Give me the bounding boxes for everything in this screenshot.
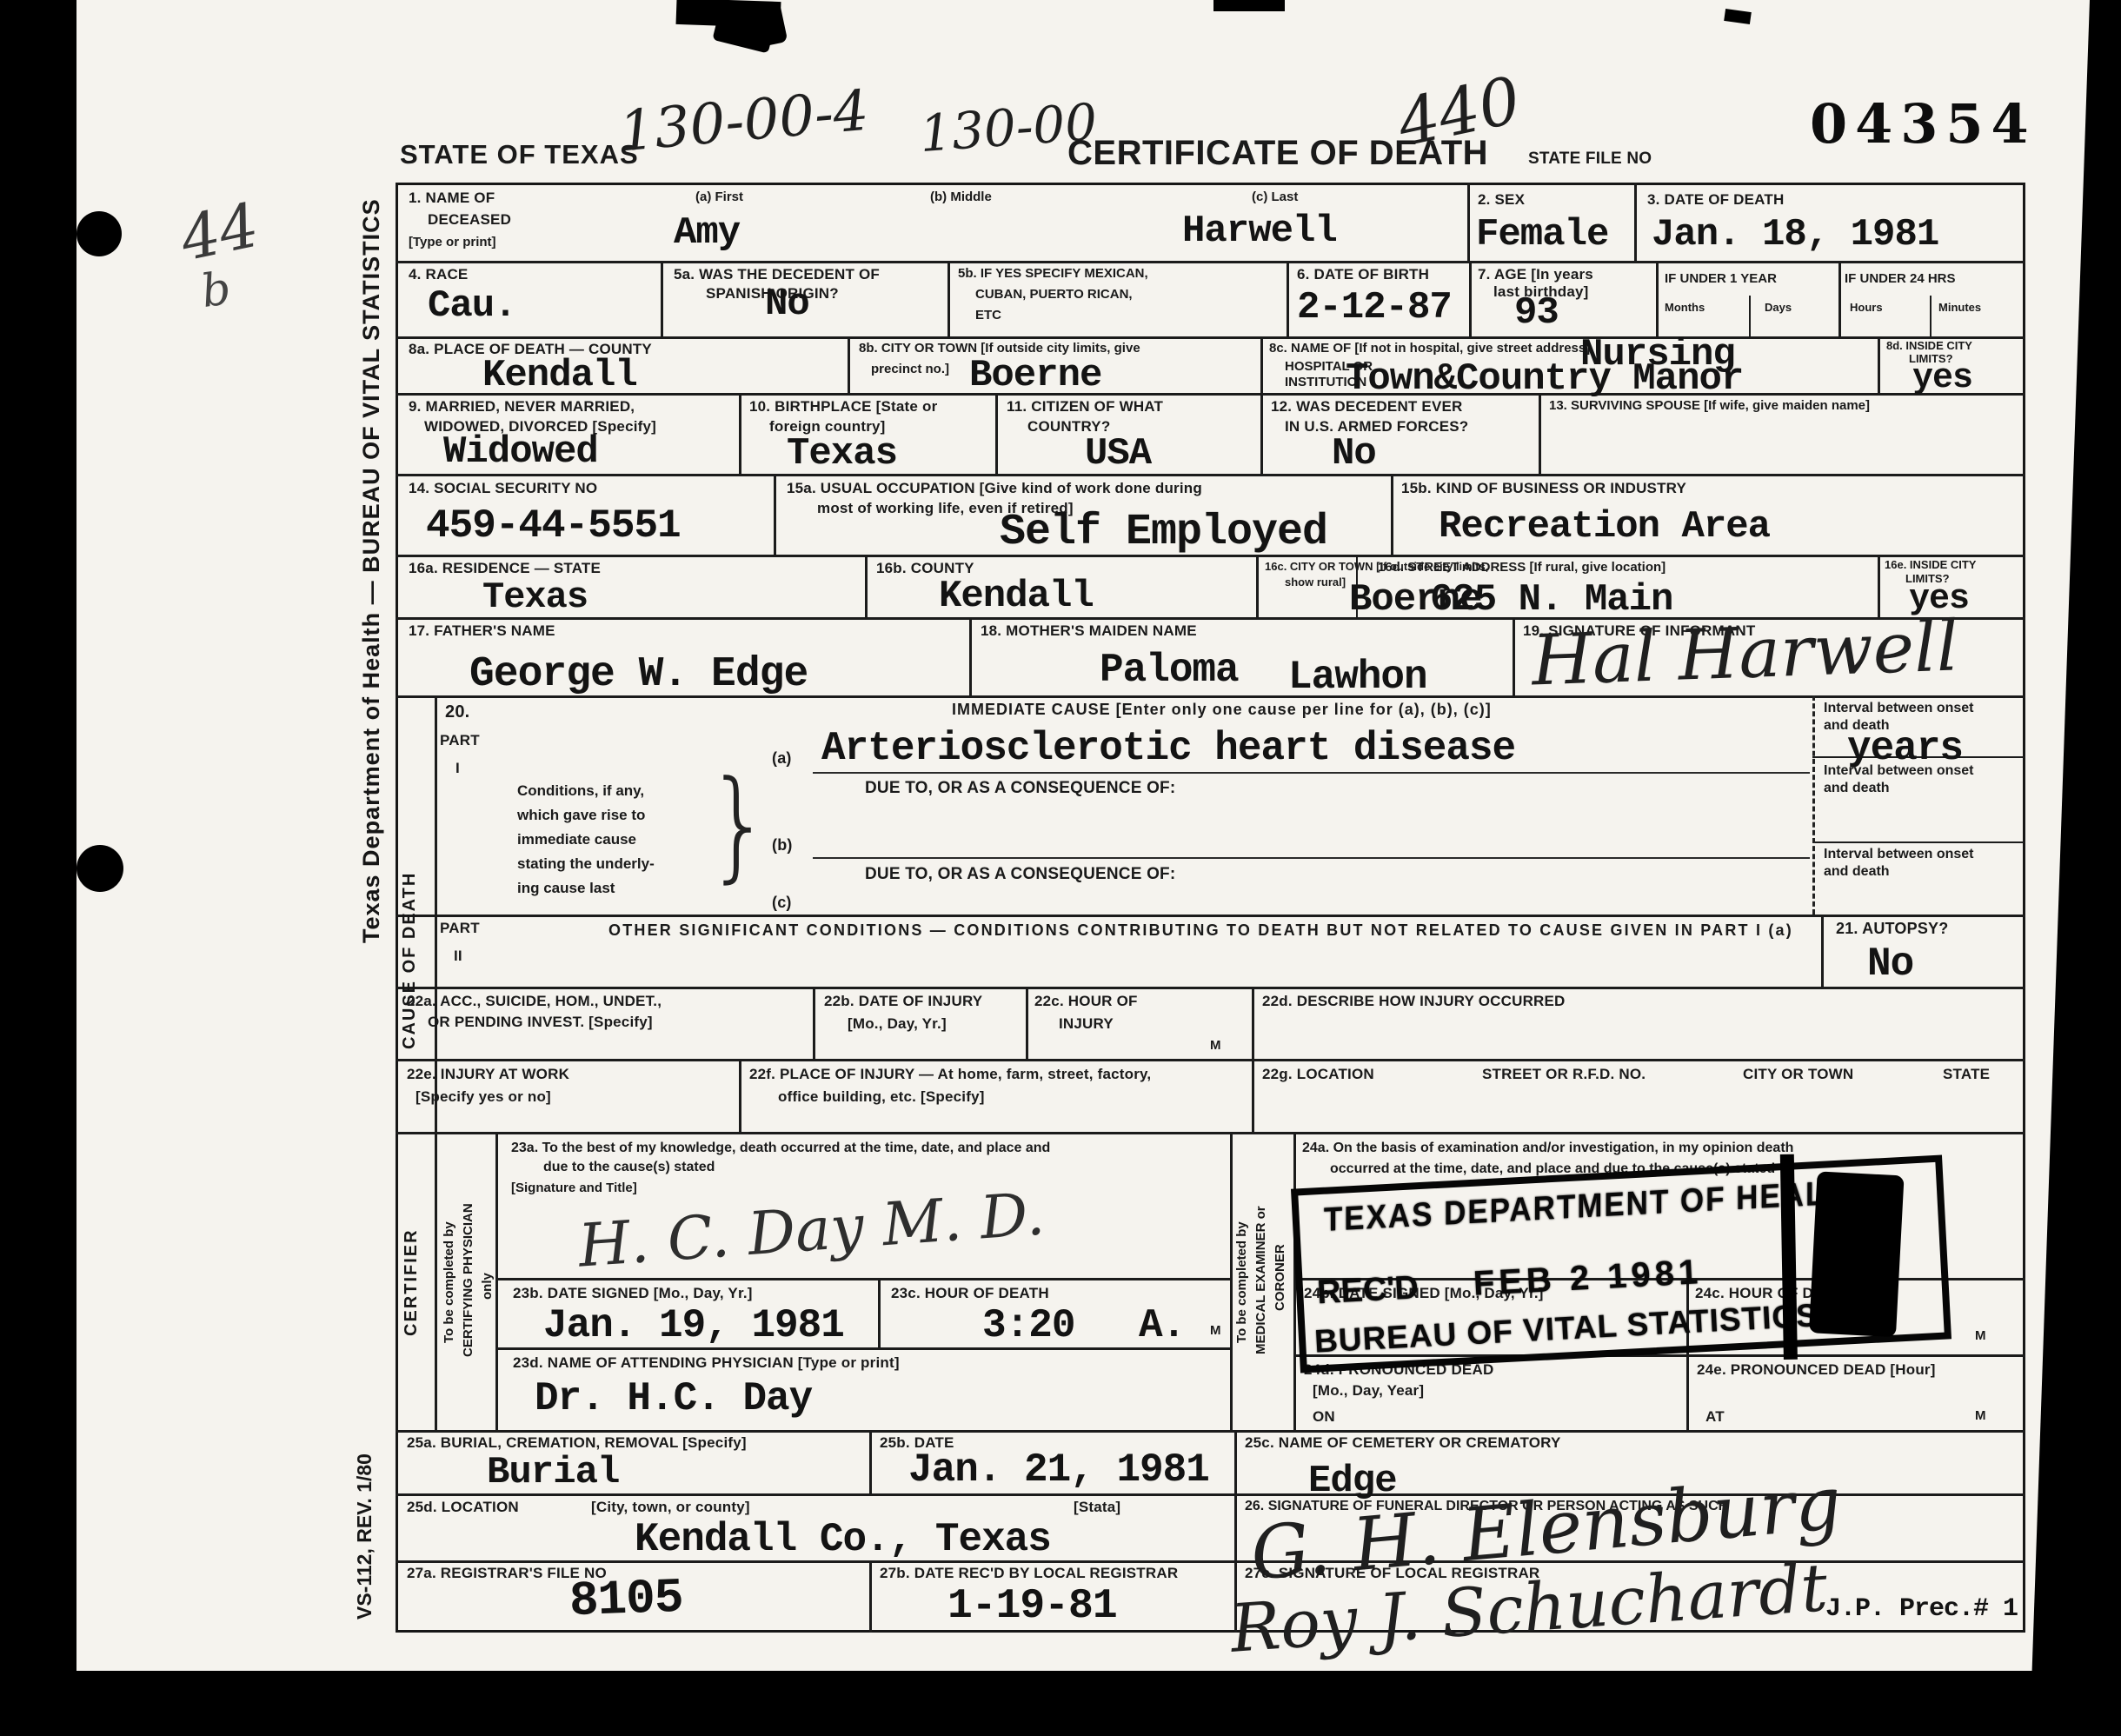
divider (947, 261, 950, 336)
conditions-note-line1: Conditions, if any, (517, 782, 644, 800)
age-value: 93 (1514, 294, 1559, 332)
divider (1513, 617, 1515, 695)
divider (1539, 393, 1541, 474)
field-22c-label2: INJURY (1059, 1015, 1114, 1033)
conditions-note-line4: stating the underly- (517, 855, 655, 873)
race-value: Cau. (428, 287, 516, 325)
divider (1287, 261, 1289, 336)
burial-location-value: Kendall Co., Texas (635, 1520, 1051, 1560)
field-22a-label: 22a. ACC., SUICIDE, HOM., UNDET., (407, 993, 662, 1010)
interval-label-2a: Interval between onset (1824, 763, 1974, 779)
divider (396, 987, 2025, 989)
pod-hospital-value2: Town&Country Manor (1346, 360, 1743, 398)
field-25d-label2: [City, town, or county] (591, 1499, 750, 1516)
pod-city-value: Boerne (969, 356, 1101, 395)
divider (1230, 1132, 1233, 1430)
field-marital-label: 9. MARRIED, NEVER MARRIED, (409, 398, 635, 416)
field-date-of-death-label: 3. DATE OF DEATH (1647, 191, 1784, 209)
autopsy-value: No (1867, 944, 1913, 984)
field-pod-hospital-label: 8c. NAME OF [If not in hospital, give st… (1269, 341, 1590, 356)
first-name-value: Amy (674, 214, 740, 252)
cause-part-number: I (455, 760, 460, 777)
stamp-date: FEB 2 1981 (1473, 1253, 1703, 1304)
divider (1260, 336, 1263, 474)
field-22f-label: 22f. PLACE OF INJURY — At home, farm, st… (749, 1066, 1151, 1083)
field-spouse-label: 13. SURVIVING SPOUSE [If wife, give maid… (1549, 398, 1870, 413)
field-name-label2: DECEASED (428, 211, 511, 229)
punch-hole (76, 845, 123, 892)
hour-of-death-value: 3:20 (982, 1306, 1074, 1346)
field-under-1yr-days: Days (1765, 301, 1792, 314)
scan-edge-left (0, 0, 76, 1736)
cause-line-a-label: (a) (772, 749, 792, 768)
scan-artifact (1213, 0, 1285, 11)
field-under-1yr-label: IF UNDER 1 YEAR (1665, 271, 1777, 286)
field-24d-label2: [Mo., Day, Year] (1313, 1382, 1424, 1400)
registrar-date-value: 1-19-81 (947, 1586, 1117, 1627)
date-signed-value: Jan. 19, 1981 (543, 1306, 844, 1346)
conditions-note-line5: ing cause last (517, 880, 615, 897)
field-22c-meridiem: M (1210, 1038, 1221, 1053)
field-mother-label: 18. MOTHER'S MAIDEN NAME (981, 622, 1197, 640)
field-spanish-spec-label2: CUBAN, PUERTO RICAN, (975, 287, 1133, 302)
birthplace-value: Texas (787, 435, 897, 473)
field-spanish-label: 5a. WAS THE DECEDENT OF (674, 266, 880, 283)
physician-strip-line1: To be completed by (442, 1143, 456, 1421)
field-25d-label: 25d. LOCATION (407, 1499, 519, 1516)
field-pod-limits-label: 8d. INSIDE CITY (1886, 339, 1972, 352)
divider (1656, 261, 1659, 336)
last-name-value: Harwell (1182, 212, 1337, 250)
interval-label-2b: and death (1824, 781, 1890, 796)
cause-part-label: PART (440, 732, 480, 749)
cause-item-number: 20. (445, 702, 469, 722)
field-22d-label: 22d. DESCRIBE HOW INJURY OCCURRED (1262, 993, 1566, 1010)
cause-line-b-rule (813, 857, 1810, 859)
divider (396, 1430, 2025, 1433)
cause-line-a-value: Arteriosclerotic heart disease (821, 728, 1515, 768)
informant-signature: Hal Harwell (1531, 611, 1960, 695)
armed-forces-value: No (1332, 435, 1376, 473)
field-24e-label: 24e. PRONOUNCED DEAD [Hour] (1697, 1361, 1936, 1379)
divider (1838, 261, 1841, 336)
divider (1467, 183, 1470, 261)
divider (396, 474, 2025, 476)
field-22b-label2: [Mo., Day, Yr.] (848, 1015, 947, 1033)
divider (396, 1059, 2025, 1061)
res-state-value: Texas (482, 579, 588, 615)
due-to-label-2: DUE TO, OR AS A CONSEQUENCE OF: (865, 865, 1175, 884)
conditions-brace: } (706, 756, 772, 895)
divider (1391, 474, 1393, 555)
cemetery-value: Edge (1308, 1462, 1397, 1500)
jp-precinct-value: J.P. Prec.# 1 (1825, 1596, 2018, 1622)
divider (848, 336, 850, 393)
ssn-value: 459-44-5551 (426, 506, 681, 546)
field-under-1yr-months: Months (1665, 301, 1705, 314)
cause-line-c-label: (c) (772, 894, 792, 912)
field-father-label: 17. FATHER'S NAME (409, 622, 555, 640)
stamp-ink-blob (1809, 1171, 1905, 1337)
divider (661, 261, 663, 336)
divider (739, 393, 741, 474)
received-stamp: TEXAS DEPARTMENT OF HEALTH REC'D FEB 2 1… (1291, 1155, 1951, 1374)
scan-edge-bottom (0, 1671, 2121, 1736)
stamp-recd: REC'D (1316, 1269, 1420, 1312)
cause-line-a-rule (813, 772, 1810, 774)
conditions-note-line2: which gave rise to (517, 807, 645, 824)
field-autopsy-label: 21. AUTOPSY? (1836, 920, 1948, 938)
field-name-first-label: (a) First (695, 190, 743, 204)
field-24e-at: AT (1705, 1408, 1725, 1426)
field-22g-city-label: CITY OR TOWN (1743, 1066, 1853, 1083)
divider (1252, 987, 1254, 1059)
divider (396, 1132, 2025, 1134)
cause-of-death-side-label: CAUSE OF DEATH (400, 813, 420, 1108)
divider (813, 987, 815, 1059)
field-23c-label: 23c. HOUR OF DEATH (891, 1285, 1049, 1302)
sex-value: Female (1476, 216, 1608, 254)
divider (878, 1278, 881, 1347)
field-name-label: 1. NAME OF (409, 190, 495, 207)
department-vertical-label: Texas Department of Health — BUREAU OF V… (358, 141, 385, 1001)
divider (495, 1132, 498, 1430)
field-under-24hr-minutes: Minutes (1938, 301, 1981, 314)
industry-value: Recreation Area (1439, 508, 1770, 546)
field-24d-on: ON (1313, 1408, 1335, 1426)
margin-handwritten-mark: 44 (176, 195, 264, 270)
field-22e-label: 22e. INJURY AT WORK (407, 1066, 569, 1083)
field-22g-street-label: STREET OR R.F.D. NO. (1482, 1066, 1646, 1083)
divider (1256, 555, 1259, 617)
field-23a-label3: [Signature and Title] (511, 1181, 637, 1195)
dob-value: 2-12-87 (1297, 289, 1452, 327)
field-ssn-label: 14. SOCIAL SECURITY NO (409, 480, 597, 497)
divider (396, 336, 2025, 339)
divider (396, 915, 2025, 917)
interval-label-3b: and death (1824, 864, 1890, 880)
field-22g-label: 22g. LOCATION (1262, 1066, 1374, 1083)
field-spanish-spec-label3: ETC (975, 308, 1001, 323)
divider (1812, 841, 2025, 843)
punch-hole (76, 211, 122, 256)
res-street-value: 625 N. Main (1430, 581, 1672, 619)
divider (1252, 1059, 1254, 1132)
field-25a-label: 25a. BURIAL, CREMATION, REMOVAL [Specify… (407, 1434, 747, 1452)
field-res-street-label: 16d. STREET ADDRESS [If rural, give loca… (1378, 560, 1666, 575)
conditions-note-line3: immediate cause (517, 831, 636, 848)
field-25d-label3: [Stata] (1074, 1499, 1120, 1516)
field-22b-label: 22b. DATE OF INJURY (824, 993, 982, 1010)
field-name-last-label: (c) Last (1252, 190, 1298, 204)
field-armed-forces-label2: IN U.S. ARMED FORCES? (1285, 418, 1468, 436)
physician-strip-line3: only (480, 1252, 495, 1321)
divider-dashed (1812, 695, 1815, 915)
field-22a-label2: OR PENDING INVEST. [Specify] (428, 1014, 653, 1031)
spanish-value: No (765, 285, 809, 323)
citizen-value: USA (1085, 435, 1151, 473)
hour-of-death-ampm: A. (1139, 1306, 1185, 1346)
interval-label-1a: Interval between onset (1824, 701, 1974, 716)
state-file-number: 04354 (1810, 92, 2037, 156)
registrar-file-value: 8105 (568, 1573, 683, 1626)
field-25c-label: 25c. NAME OF CEMETERY OR CREMATORY (1245, 1434, 1561, 1452)
certifier-side-label: CERTIFIER (402, 1178, 422, 1387)
occupation-value: Self Employed (1000, 511, 1327, 555)
physician-strip-line2: CERTIFYING PHYSICIAN (461, 1137, 475, 1424)
divider (969, 617, 972, 695)
field-23d-label: 23d. NAME OF ATTENDING PHYSICIAN [Type o… (513, 1354, 900, 1372)
burial-date-value: Jan. 21, 1981 (908, 1450, 1209, 1490)
divider (1469, 261, 1472, 336)
divider (396, 393, 2025, 396)
field-23a-label2: due to the cause(s) stated (543, 1160, 715, 1175)
divider (435, 695, 437, 1430)
divider (1821, 915, 1824, 987)
field-spanish-spec-label: 5b. IF YES SPECIFY MEXICAN, (958, 266, 1148, 281)
field-race-label: 4. RACE (409, 266, 468, 283)
divider (995, 393, 998, 474)
examiner-strip-line2: MEDICAL EXAMINER or (1253, 1137, 1268, 1424)
mother-value1: Paloma (1100, 650, 1239, 690)
field-under-24hr-hours: Hours (1850, 301, 1883, 314)
field-industry-label: 15b. KIND OF BUSINESS OR INDUSTRY (1401, 480, 1686, 497)
field-res-state-label: 16a. RESIDENCE — STATE (409, 560, 601, 577)
marital-value: Widowed (443, 433, 598, 471)
part2-number: II (454, 948, 462, 965)
divider (869, 1560, 872, 1633)
field-res-limits-label: 16e. INSIDE CITY (1885, 558, 1976, 571)
field-dob-label: 6. DATE OF BIRTH (1297, 266, 1429, 283)
divider (1634, 183, 1637, 261)
pod-limits-value: yes (1912, 362, 1972, 396)
divider (1026, 987, 1028, 1059)
cause-line-b-label: (b) (772, 836, 793, 855)
field-23a-label: 23a. To the best of my knowledge, death … (511, 1141, 1050, 1156)
divider (774, 474, 776, 555)
divider (1749, 296, 1751, 336)
divider (865, 555, 868, 617)
pod-county-value: Kendall (482, 356, 637, 395)
field-name-middle-label: (b) Middle (930, 190, 992, 204)
attending-physician-value: Dr. H.C. Day (535, 1379, 812, 1419)
scanned-death-certificate: 44 b Texas Department of Health — BUREAU… (0, 0, 2121, 1736)
burial-value: Burial (487, 1453, 619, 1492)
divider (1878, 336, 1880, 393)
field-23b-label: 23b. DATE SIGNED [Mo., Day, Yr.] (513, 1285, 753, 1302)
examiner-strip-line3: CORONER (1273, 1217, 1287, 1339)
field-22c-label: 22c. HOUR OF (1034, 993, 1138, 1010)
divider (739, 1059, 741, 1132)
field-sex-label: 2. SEX (1478, 191, 1525, 209)
field-occupation-label: 15a. USUAL OCCUPATION [Give kind of work… (787, 480, 1202, 497)
immediate-cause-label: IMMEDIATE CAUSE [Enter only one cause pe… (952, 701, 1492, 719)
field-pod-city-label2: precinct no.] (871, 362, 949, 376)
mother-value2: Lawhon (1288, 657, 1427, 697)
state-file-no-label: STATE FILE NO (1528, 150, 1652, 169)
field-22e-label2: [Specify yes or no] (416, 1088, 551, 1106)
divider (396, 261, 2025, 263)
due-to-label-1: DUE TO, OR AS A CONSEQUENCE OF: (865, 779, 1175, 798)
father-value: George W. Edge (469, 654, 808, 695)
field-24a-label: 24a. On the basis of examination and/or … (1302, 1141, 1793, 1156)
field-27b-label: 27b. DATE REC'D BY LOCAL REGISTRAR (880, 1565, 1178, 1582)
interval-label-3a: Interval between onset (1824, 847, 1974, 862)
field-under-24hr-label: IF UNDER 24 HRS (1845, 271, 1956, 286)
state-label: STATE OF TEXAS (400, 139, 639, 170)
field-armed-forces-label: 12. WAS DECEDENT EVER (1271, 398, 1463, 416)
divider (869, 1430, 872, 1493)
field-res-city-label2: show rural] (1285, 575, 1346, 589)
field-name-label3: [Type or print] (409, 235, 496, 249)
field-22g-state-label: STATE (1943, 1066, 1990, 1083)
field-birthplace-label: 10. BIRTHPLACE [State or (749, 398, 937, 416)
field-24c-meridiem: M (1975, 1328, 1986, 1343)
date-of-death-value: Jan. 18, 1981 (1652, 216, 1938, 254)
field-citizen-label: 11. CITIZEN OF WHAT (1007, 398, 1163, 416)
form-code-vertical-label: VS-112, REV. 1/80 (353, 1415, 376, 1659)
field-22f-label2: office building, etc. [Specify] (778, 1088, 985, 1106)
margin-handwritten-mark2: b (199, 266, 234, 315)
other-conditions-label: OTHER SIGNIFICANT CONDITIONS — CONDITION… (608, 921, 1793, 940)
res-county-value: Kendall (939, 577, 1094, 615)
examiner-strip-line1: To be completed by (1234, 1143, 1249, 1421)
divider (1930, 296, 1932, 336)
field-24e-meridiem: M (1975, 1408, 1986, 1423)
hour-of-death-meridiem: M (1210, 1323, 1221, 1338)
field-age-label: 7. AGE [In years (1478, 266, 1593, 283)
part2-label: PART (440, 920, 480, 937)
